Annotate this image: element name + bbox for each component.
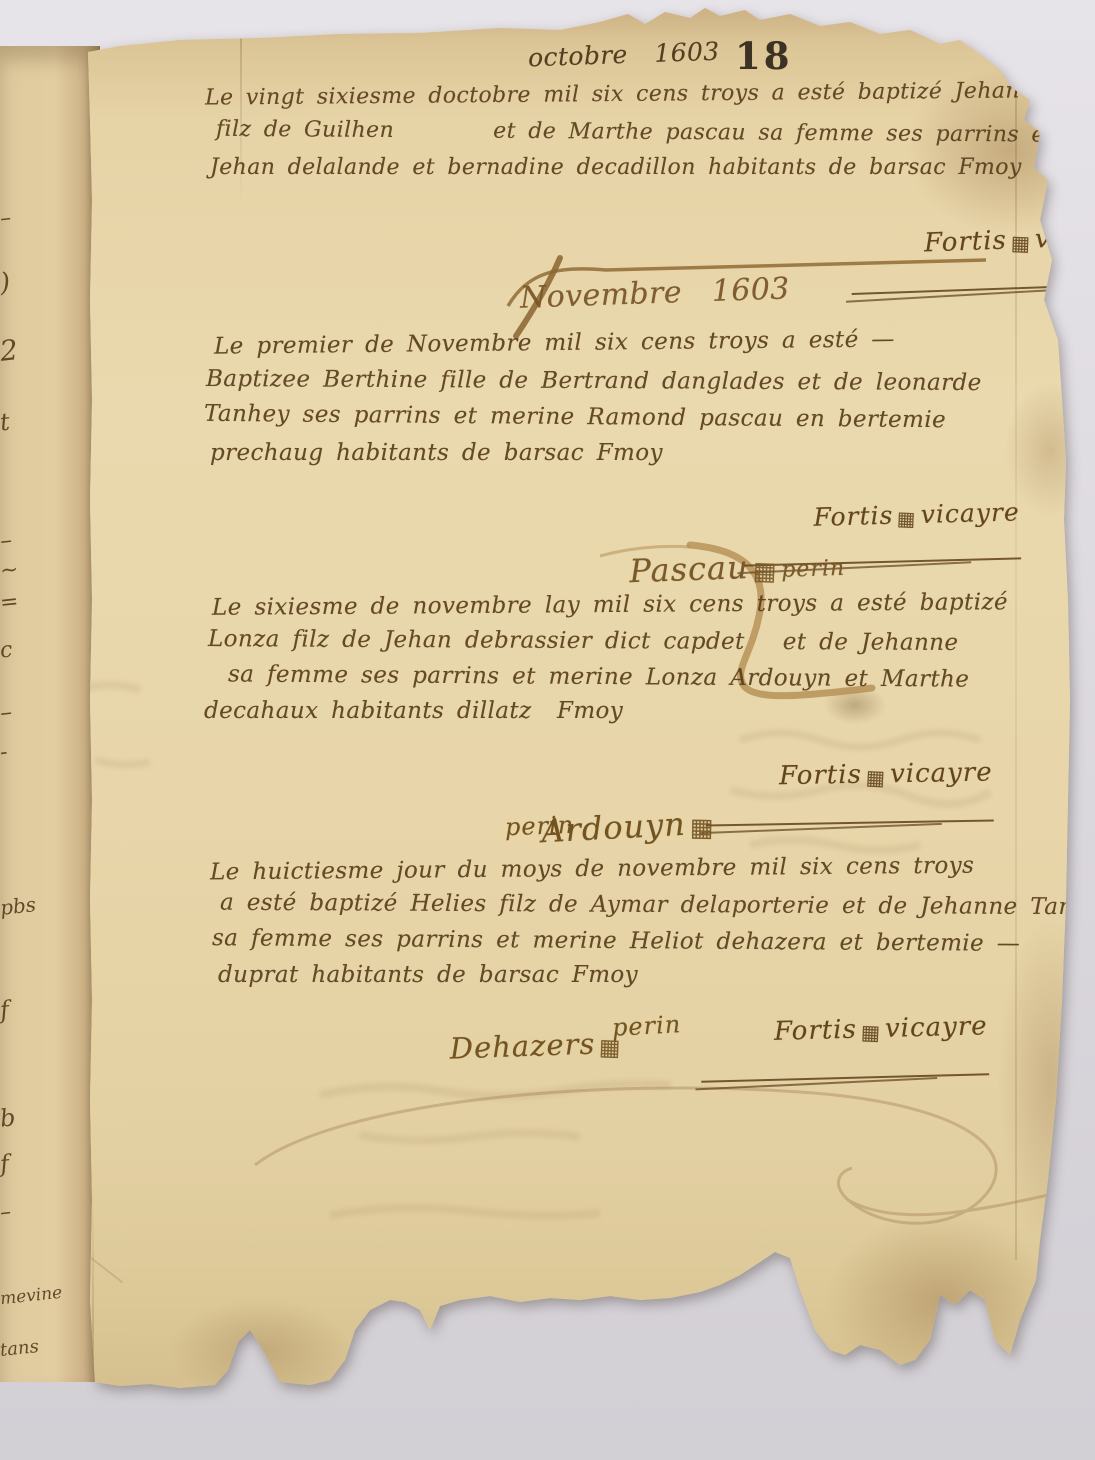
- entry2-line2: Baptizee Berthine fille de Bertrand dang…: [206, 366, 982, 396]
- signature-title: vicayre: [890, 757, 993, 789]
- notarial-paraph-icon: ▦: [690, 813, 715, 842]
- entry1-vicar-signature: Fortis▦vicayre: [848, 191, 1095, 295]
- folio-number: 18: [735, 34, 793, 78]
- paper-crease: [92, 1190, 94, 1385]
- signature-name: Fortis: [779, 760, 862, 791]
- entry3-godfather-title: perin: [505, 811, 575, 841]
- entry1-line2: filz de Guilhen et de Marthe pascau sa f…: [216, 117, 1095, 149]
- entry1-line3: Jehan delalande et bernadine decadillon …: [210, 155, 1022, 180]
- paper-crease: [67, 1239, 123, 1284]
- entry3-line4: decahaux habitants dillatz Fmoy: [204, 698, 623, 724]
- signature-title: vicayre: [1034, 221, 1095, 255]
- entry2-line3: Tanhey ses parrins et merine Ramond pasc…: [204, 401, 946, 433]
- entry1-line1: Le vingt sixiesme doctobre mil six cens …: [205, 78, 1020, 110]
- signature-name: Fortis: [774, 1015, 858, 1047]
- entry4-godfather-title: perin: [611, 1010, 682, 1042]
- entry4-line1: Le huictiesme jour du moys de novembre m…: [210, 853, 974, 886]
- entry4-godfather-signature: Dehazers▦: [366, 992, 627, 1103]
- entry4-vicar-signature: Fortis▦vicayre: [699, 981, 989, 1082]
- month-header-october: octobre 1603: [528, 37, 721, 73]
- entry2-line4: prechaug habitants de barsac Fmoy: [210, 440, 663, 466]
- entry2-line1: Le premier de Novembre mil six cens troy…: [214, 326, 895, 359]
- entry3-vicar-signature: Fortis▦vicayre: [704, 727, 993, 826]
- entry4-line2: a esté baptizé Helies filz de Aymar dela…: [220, 890, 1095, 921]
- month-header-november: Novembre 1603: [519, 271, 790, 315]
- manuscript-sheet: octobre 1603 18 Le vingt sixiesme doctob…: [0, 0, 1095, 1460]
- notarial-paraph-icon: ▦: [860, 1020, 881, 1045]
- entry3-line1: Le sixiesme de novembre lay mil six cens…: [212, 589, 1008, 621]
- notarial-paraph-icon: ▦: [865, 765, 886, 790]
- entry4-line4: duprat habitants de barsac Fmoy: [218, 962, 638, 988]
- signature-title: vicayre: [920, 497, 1020, 529]
- entry3-line3: sa femme ses parrins et merine Lonza Ard…: [228, 661, 969, 692]
- entry3-line2: Lonza filz de Jehan debrassier dict capd…: [208, 626, 959, 656]
- signature-name: Fortis: [924, 226, 1008, 259]
- signature-title: perin: [781, 556, 846, 583]
- manuscript-photo: – ) 2 t – ~ = c – - pbs f b ƒ – mevine t…: [0, 0, 1095, 1460]
- signature-name: Dehazers: [449, 1027, 596, 1066]
- notarial-paraph-icon: ▦: [752, 556, 778, 586]
- entry4-line3: sa femme ses parrins et merine Heliot de…: [212, 925, 1020, 957]
- signature-title: vicayre: [885, 1011, 988, 1044]
- notarial-paraph-icon: ▦: [897, 507, 917, 531]
- signature-name: Pascau: [629, 548, 749, 590]
- notarial-paraph-icon: ▦: [1010, 231, 1031, 256]
- paper-surface: octobre 1603 18 Le vingt sixiesme doctob…: [0, 0, 1095, 1460]
